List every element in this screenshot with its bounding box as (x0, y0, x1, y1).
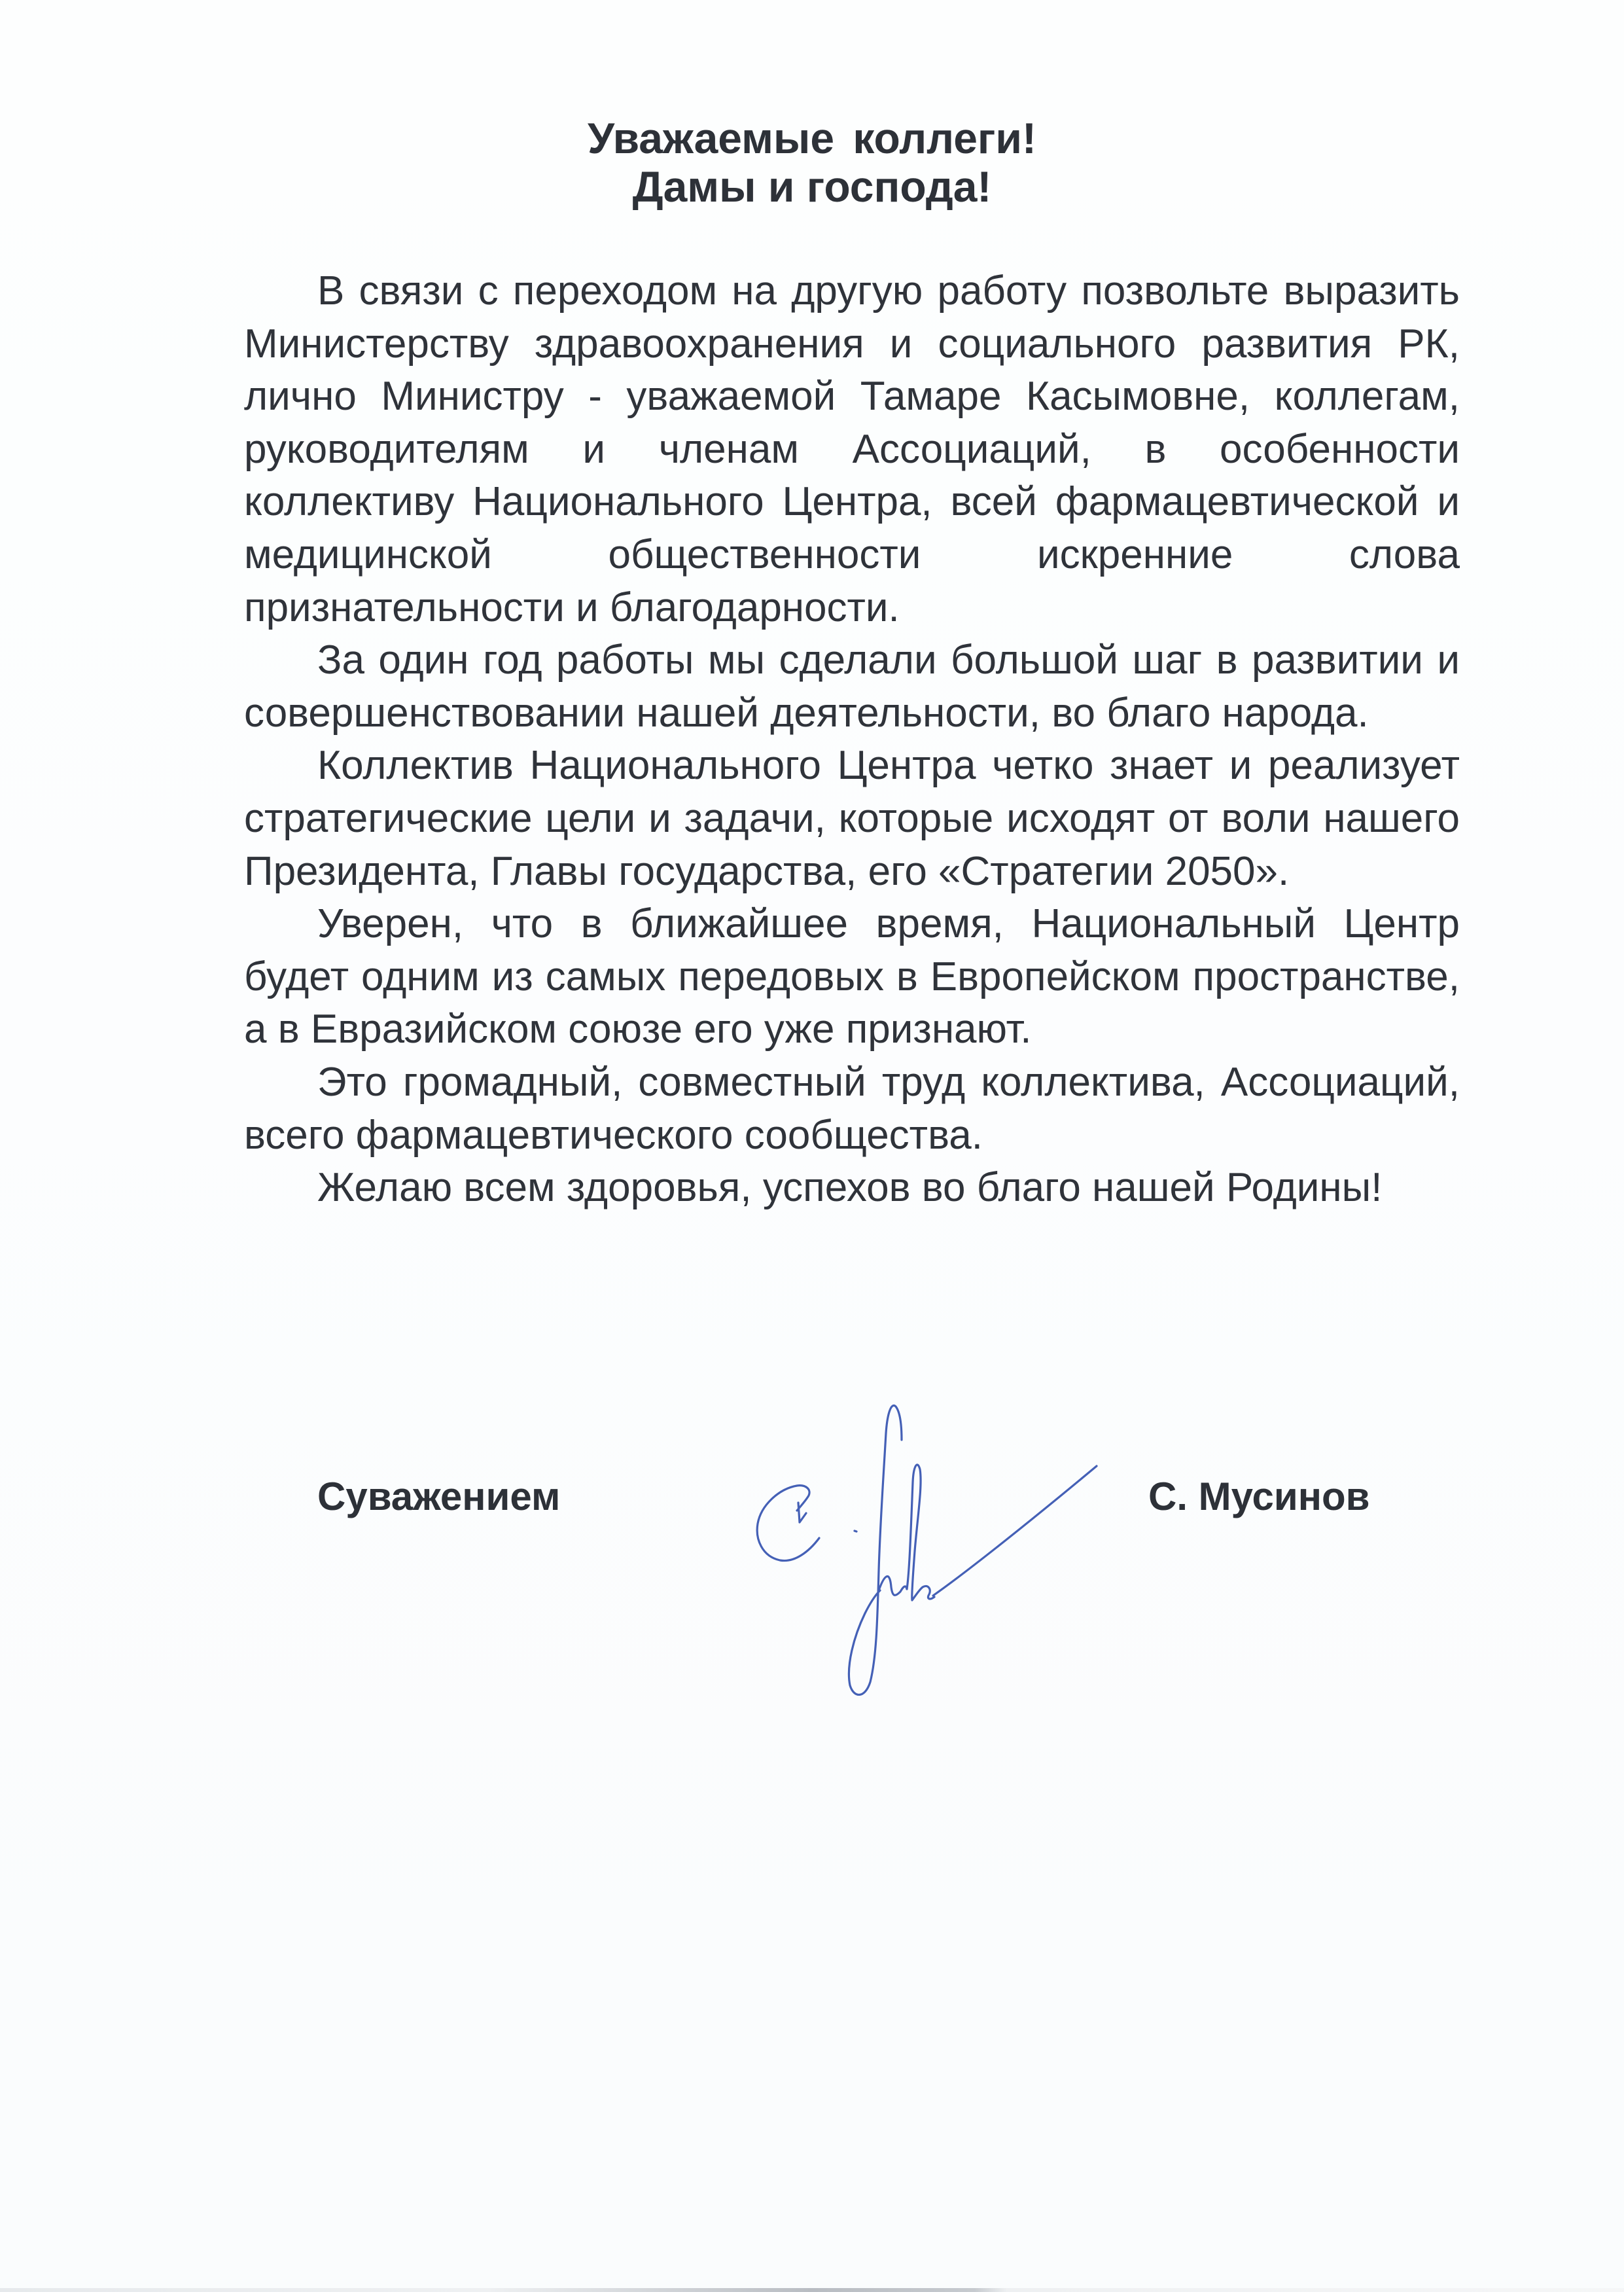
letter-body: В связи с переходом на другую работу поз… (244, 265, 1460, 1215)
scan-edge-divider (0, 2288, 1624, 2292)
paragraph-joint-work: Это громадный, совместный труд коллектив… (244, 1056, 1460, 1162)
paragraph-future: Уверен, что в ближайшее время, Националь… (244, 898, 1460, 1056)
heading-line-greeting: Уважаемые коллеги! (0, 114, 1624, 162)
closing-salutation: Суважением (317, 1474, 560, 1520)
paragraph-wishes: Желаю всем здоровья, успехов во благо на… (244, 1162, 1460, 1215)
signature-icon (733, 1388, 1125, 1715)
letter-page: Уважаемые коллеги! Дамы и господа! В свя… (0, 0, 1624, 2292)
letter-heading: Уважаемые коллеги! Дамы и господа! (0, 114, 1624, 211)
signatory-name: С. Мусинов (1148, 1474, 1370, 1520)
paragraph-achievements: За один год работы мы сделали большой ша… (244, 634, 1460, 740)
paragraph-gratitude: В связи с переходом на другую работу поз… (244, 265, 1460, 634)
heading-line-ladies-gentlemen: Дамы и господа! (0, 162, 1624, 211)
paragraph-strategy: Коллектив Национального Центра четко зна… (244, 740, 1460, 898)
